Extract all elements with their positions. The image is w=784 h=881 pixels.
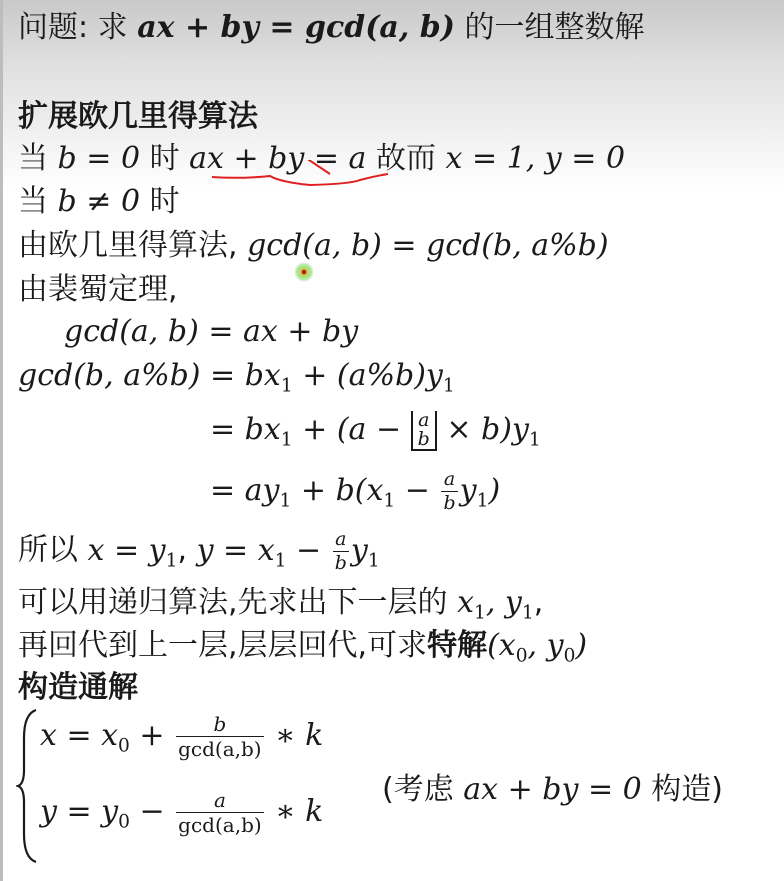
math: x xyxy=(457,585,474,620)
equation-simplified: = ay1 + b(x1 − aby1) xyxy=(210,470,500,521)
math: y xyxy=(460,473,477,508)
math: (x0, y0) xyxy=(487,628,587,663)
subscript: 1 xyxy=(443,376,455,397)
text: 当 xyxy=(18,184,48,219)
subscript: 0 xyxy=(516,646,528,667)
denominator: gcd(a,b) xyxy=(176,739,264,759)
math: y = x xyxy=(197,533,275,568)
text: 当 xyxy=(18,141,48,176)
math: x = y1 xyxy=(88,533,178,568)
fraction: ab xyxy=(333,530,349,573)
denominator: b xyxy=(333,554,349,573)
slide-left-border xyxy=(0,0,3,881)
numerator: b xyxy=(176,714,264,734)
base-case-result: x = 1, y = 0 xyxy=(446,141,626,176)
math: gcd(b, a%b) xyxy=(18,358,201,393)
denominator: b xyxy=(441,494,457,513)
subscript: 1 xyxy=(281,376,293,397)
math: ) xyxy=(488,473,500,508)
math: − xyxy=(130,794,174,829)
subscript: 1 xyxy=(477,490,489,511)
text: 时 xyxy=(150,141,180,176)
problem-title: 问题: 求 ax + by = gcd(a, b) 的一组整数解 xyxy=(18,8,644,48)
math: + xyxy=(130,718,174,753)
section-heading-general-solution: 构造通解 xyxy=(18,668,138,708)
fraction: agcd(a,b) xyxy=(176,790,264,835)
text: , xyxy=(177,533,187,568)
red-strike-mark xyxy=(300,160,330,174)
title-verb: 求 xyxy=(98,10,128,45)
subscript: 1 xyxy=(383,490,395,511)
numerator: a xyxy=(333,530,349,549)
text: 再回代到上一层,层层回代,可求 xyxy=(18,628,427,663)
text: 可以用递归算法,先求出下一层的 xyxy=(18,585,448,620)
math: = ay1 + b(x1 − aby1) xyxy=(210,473,500,508)
left-brace xyxy=(16,708,38,864)
general-solution-x: x = x0 + bgcd(a,b) ∗ k xyxy=(40,714,323,759)
text: (考虑 xyxy=(382,772,454,807)
equation-gcd-ab: gcd(a, b) = ax + by xyxy=(64,312,358,352)
particular-solution-label: 特解 xyxy=(427,628,487,663)
math: − xyxy=(395,473,439,508)
equation-gcd-b-amodb: gcd(b, a%b) = bx1 + (a%b)y1 xyxy=(18,356,455,407)
math: = ax + by xyxy=(208,314,358,349)
fraction: bgcd(a,b) xyxy=(176,714,264,759)
text: , xyxy=(534,585,544,620)
recursive-case-line: 当 b ≠ 0 时 xyxy=(18,182,180,222)
denominator: b xyxy=(416,430,432,449)
conclusion-line: 所以 x = y1, y = x1 − aby1 xyxy=(18,530,380,581)
math: , y xyxy=(486,585,522,620)
subscript: 0 xyxy=(564,646,576,667)
general-solution-y: y = y0 − agcd(a,b) ∗ k xyxy=(40,790,323,835)
subscript: 0 xyxy=(118,736,130,757)
math: b ≠ 0 xyxy=(58,184,141,219)
math: + b(x xyxy=(291,473,383,508)
construction-note: (考虑 ax + by = 0 构造) xyxy=(382,764,723,808)
equation-floor-expansion: = bx1 + (a − ab × b)y1 xyxy=(210,410,541,461)
subscript: 1 xyxy=(522,603,534,624)
math: ∗ k xyxy=(266,794,324,829)
subscript: 0 xyxy=(118,812,130,833)
math: y = y0 − xyxy=(40,794,174,829)
math: x = y xyxy=(88,533,166,568)
math: ) xyxy=(575,628,587,663)
red-underline-annotation xyxy=(200,160,400,190)
euclid-line: 由欧几里得算法, gcd(a, b) = gcd(b, a%b) xyxy=(18,226,609,266)
section-heading-extended-euclid: 扩展欧几里得算法 xyxy=(18,97,258,137)
subscript: 1 xyxy=(281,430,293,451)
math: × b)y xyxy=(437,412,529,447)
numerator: a xyxy=(176,790,264,810)
subscript: 1 xyxy=(275,550,287,571)
text: 所以 xyxy=(18,533,78,568)
math: x = x0 + xyxy=(40,718,174,753)
math: = bx1 + (a − ab × b)y1 xyxy=(210,412,541,447)
math: x1, y1 xyxy=(457,585,534,620)
math: gcd(a, b) xyxy=(64,314,199,349)
math: = bx xyxy=(210,358,281,393)
title-prefix: 问题: xyxy=(18,10,88,45)
bezout-line: 由裴蜀定理, xyxy=(18,270,178,310)
math: = bx1 + (a%b)y1 xyxy=(210,358,455,393)
math: y = y xyxy=(40,794,118,829)
math: + (a − xyxy=(293,412,411,447)
subscript: 1 xyxy=(280,490,292,511)
text: 构造) xyxy=(651,772,723,807)
title-equation: ax + by = gcd(a, b) xyxy=(137,10,455,45)
cursor-highlight xyxy=(294,262,314,282)
text: 由欧几里得算法, xyxy=(18,228,238,263)
text: 时 xyxy=(150,184,180,219)
fraction: ab xyxy=(416,411,432,449)
math: y = x1 − aby1 xyxy=(197,533,380,568)
math: = bx xyxy=(210,412,281,447)
math: , y xyxy=(528,628,564,663)
denominator: gcd(a,b) xyxy=(176,815,264,835)
math: (x xyxy=(487,628,516,663)
floor-bracket: ab xyxy=(411,411,437,451)
euclid-equation: gcd(a, b) = gcd(b, a%b) xyxy=(247,228,608,263)
math: − xyxy=(286,533,330,568)
math: x = x xyxy=(40,718,118,753)
subscript: 1 xyxy=(166,550,178,571)
math: ∗ k xyxy=(266,718,324,753)
math: + (a%b)y xyxy=(293,358,443,393)
math: = ay xyxy=(210,473,280,508)
subscript: 1 xyxy=(474,603,486,624)
fraction: ab xyxy=(441,470,457,513)
subscript: 1 xyxy=(368,550,380,571)
math: y xyxy=(351,533,368,568)
math: b = 0 xyxy=(58,141,141,176)
numerator: a xyxy=(441,470,457,489)
title-suffix: 的一组整数解 xyxy=(464,10,644,45)
math: ax + by = 0 xyxy=(463,772,641,807)
subscript: 1 xyxy=(529,430,541,451)
